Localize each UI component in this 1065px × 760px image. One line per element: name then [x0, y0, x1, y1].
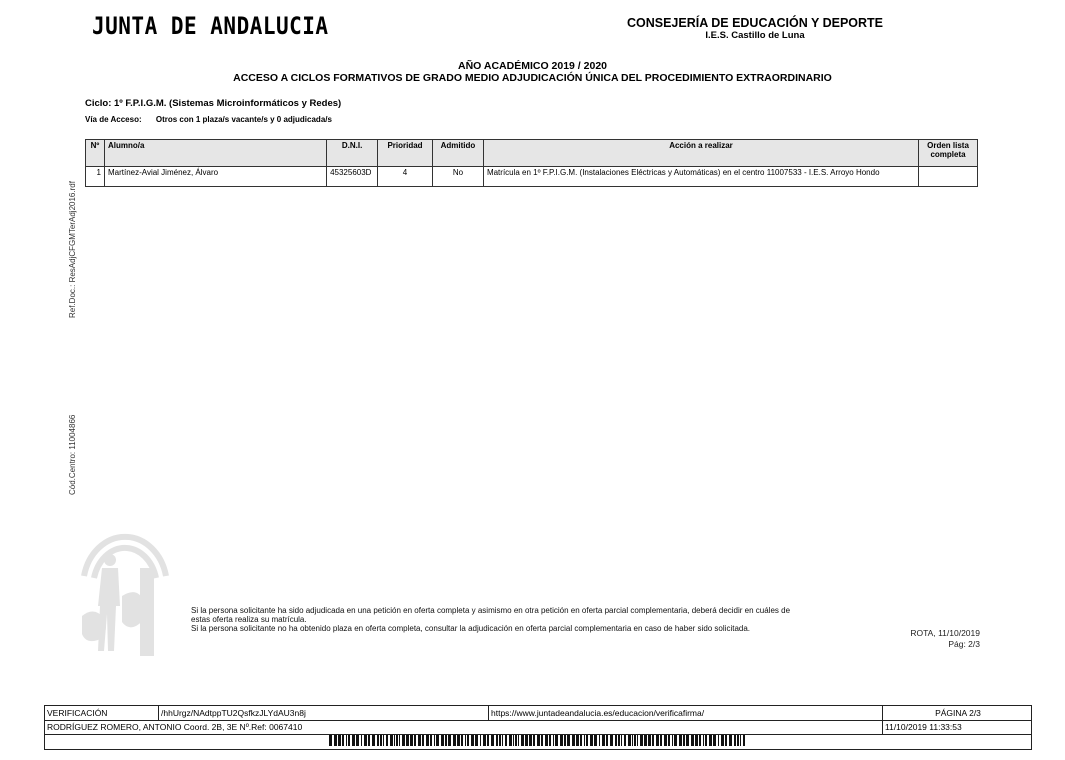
verification-url[interactable]: https://www.juntadeandalucia.es/educacio… — [489, 706, 883, 720]
junta-andalucia-emblem-icon — [80, 506, 170, 658]
table-row: 1 Martínez-Avial Jiménez, Álvaro 4532560… — [86, 167, 978, 187]
signer-info: RODRÍGUEZ ROMERO, ANTONIO Coord. 2B, 3E … — [45, 720, 883, 734]
verification-page: PÁGINA 2/3 — [883, 706, 1031, 720]
place-date: ROTA, 11/10/2019 — [870, 628, 980, 639]
col-prioridad: Prioridad — [378, 140, 433, 167]
col-alumno: Alumno/a — [104, 140, 326, 167]
col-admitido: Admitido — [432, 140, 483, 167]
col-accion: Acción a realizar — [483, 140, 918, 167]
signature-timestamp: 11/10/2019 11:33:53 — [883, 720, 1031, 734]
school-name: I.E.S. Castillo de Luna — [560, 30, 950, 41]
verification-label: VERIFICACIÓN — [45, 706, 159, 720]
notice-text: Si la persona solicitante ha sido adjudi… — [191, 606, 811, 633]
cell-admitido: No — [432, 167, 483, 187]
cell-dni: 45325603D — [327, 167, 378, 187]
col-orden: Orden lista completa — [919, 140, 978, 167]
via-acceso-value: Otros con 1 plaza/s vacante/s y 0 adjudi… — [156, 115, 332, 124]
ciclo-label: Ciclo: 1º F.P.I.G.M. (Sistemas Microinfo… — [85, 98, 341, 109]
department-name: CONSEJERÍA DE EDUCACIÓN Y DEPORTE — [560, 17, 950, 30]
cell-accion: Matrícula en 1º F.P.I.G.M. (Instalacione… — [483, 167, 918, 187]
academic-year: AÑO ACADÉMICO 2019 / 2020 — [100, 60, 965, 72]
verification-box: VERIFICACIÓN /hhUrgz/NAdtppTU2QsfkzJLYdA… — [44, 705, 1032, 750]
verification-row-2: RODRÍGUEZ ROMERO, ANTONIO Coord. 2B, 3E … — [45, 720, 1031, 735]
verification-row-3 — [45, 734, 1031, 748]
page-number: Pág: 2/3 — [870, 639, 980, 650]
document-titles: AÑO ACADÉMICO 2019 / 2020 ACCESO A CICLO… — [100, 60, 965, 84]
verification-code: /hhUrgz/NAdtppTU2QsfkzJLYdAU3n8j — [159, 706, 489, 720]
cod-centro: Cód.Centro: 11004866 — [68, 415, 77, 495]
cell-alumno: Martínez-Avial Jiménez, Álvaro — [104, 167, 326, 187]
procedure-title: ACCESO A CICLOS FORMATIVOS DE GRADO MEDI… — [100, 72, 965, 84]
ref-doc: Ref.Doc.: ResAdjCFGMTerAdj2016.rdf — [68, 181, 77, 318]
junta-logo-text: JUNTA DE ANDALUCIA — [92, 12, 329, 40]
verification-row-1: VERIFICACIÓN /hhUrgz/NAdtppTU2QsfkzJLYdA… — [45, 706, 1031, 721]
via-acceso-label: Vía de Acceso: — [85, 115, 142, 124]
cell-prioridad: 4 — [378, 167, 433, 187]
col-num: Nº — [86, 140, 105, 167]
notice-line-2: Si la persona solicitante no ha obtenido… — [191, 624, 811, 633]
via-acceso: Vía de Acceso: Otros con 1 plaza/s vacan… — [85, 115, 332, 124]
cell-num: 1 — [86, 167, 105, 187]
barcode-icon — [329, 735, 745, 746]
table-header-row: Nº Alumno/a D.N.I. Prioridad Admitido Ac… — [86, 140, 978, 167]
col-dni: D.N.I. — [327, 140, 378, 167]
notice-line-1: Si la persona solicitante ha sido adjudi… — [191, 606, 811, 624]
department-header: CONSEJERÍA DE EDUCACIÓN Y DEPORTE I.E.S.… — [560, 17, 950, 41]
results-table: Nº Alumno/a D.N.I. Prioridad Admitido Ac… — [85, 139, 978, 187]
cell-orden — [919, 167, 978, 187]
place-date-block: ROTA, 11/10/2019 Pág: 2/3 — [870, 628, 980, 650]
